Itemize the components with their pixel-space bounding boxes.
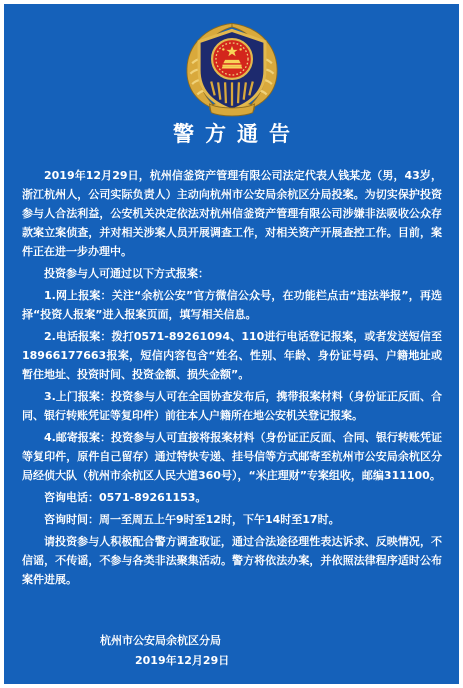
notice-title: 警方通告 xyxy=(4,121,459,147)
notice-consult-time: 咨询时间：周一至周五上午9时至12时，下午14时至17时。 xyxy=(22,510,442,529)
police-badge-icon xyxy=(179,20,285,117)
notice-paragraph-visit-report: 3.上门报案：投资参与人可在全国协查发布后，携带报案材料（身份证正反面、合同、银… xyxy=(22,387,442,425)
notice-board: 警方通告 2019年12月29日，杭州信釜资产管理有限公司法定代表人钱某龙（男，… xyxy=(4,4,459,684)
notice-signature: 杭州市公安局余杭区分局 2019年12月29日 xyxy=(100,631,459,671)
badge-national-emblem xyxy=(212,39,252,79)
police-notice-page: 警方通告 2019年12月29日，杭州信釜资产管理有限公司法定代表人钱某龙（男，… xyxy=(0,0,463,688)
notice-consult-phone: 咨询电话：0571-89261153。 xyxy=(22,488,442,507)
police-badge xyxy=(179,20,285,117)
notice-paragraph-intro: 2019年12月29日，杭州信釜资产管理有限公司法定代表人钱某龙（男，43岁，浙… xyxy=(22,166,442,261)
signature-issuer: 杭州市公安局余杭区分局 xyxy=(100,634,221,647)
notice-paragraph-closing: 请投资参与人积极配合警方调查取证，通过合法途径理性表达诉求、反映情况，不信谣，不… xyxy=(22,532,442,589)
notice-paragraph-mail-report: 4.邮寄报案：投资参与人可直接将报案材料（身份证正反面、合同、银行转账凭证等复印… xyxy=(22,428,442,485)
notice-body: 2019年12月29日，杭州信釜资产管理有限公司法定代表人钱某龙（男，43岁，浙… xyxy=(4,166,459,589)
notice-paragraph-report-ways: 投资参与人可通过以下方式报案： xyxy=(22,264,442,283)
notice-paragraph-online-report: 1.网上报案：关注“余杭公安”官方微信公众号，在功能栏点击“违法举报”，再选择“… xyxy=(22,286,442,324)
signature-date: 2019年12月29日 xyxy=(135,651,459,671)
notice-paragraph-phone-report: 2.电话报案：拨打0571-89261094、110进行电话登记报案，或者发送短… xyxy=(22,327,442,384)
